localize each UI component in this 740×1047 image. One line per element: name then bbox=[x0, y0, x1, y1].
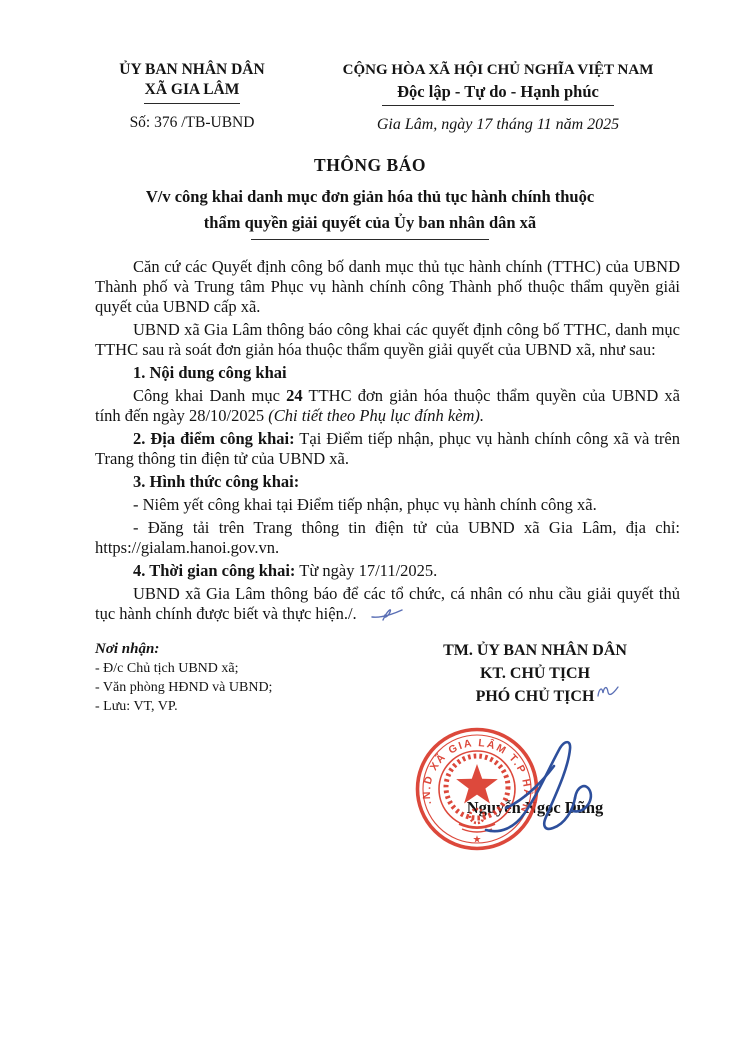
national-header-block: CỘNG HÒA XÃ HỘI CHỦ NGHĨA VIỆT NAM Độc l… bbox=[306, 60, 690, 134]
document-footer: Nơi nhận: - Đ/c Chủ tịch UBND xã; - Văn … bbox=[0, 639, 740, 818]
section-1-text: Công khai Danh mục 24 TTHC đơn giản hóa … bbox=[95, 386, 680, 426]
national-motto: Độc lập - Tự do - Hạnh phúc bbox=[306, 81, 690, 103]
title-block: THÔNG BÁO V/v công khai danh mục đơn giả… bbox=[0, 155, 740, 240]
section-4-text: Từ ngày 17/11/2025. bbox=[295, 561, 437, 580]
appendix-note: (Chi tiết theo Phụ lục đính kèm). bbox=[268, 406, 484, 425]
org-name-underline bbox=[144, 103, 240, 104]
issuing-authority-block: ỦY BAN NHÂN DÂN XÃ GIA LÂM Số: 376 /TB-U… bbox=[78, 60, 306, 134]
section-2: 2. Địa điểm công khai: Tại Điểm tiếp nhậ… bbox=[95, 429, 680, 469]
tthc-count: 24 bbox=[286, 386, 303, 405]
recipient-item: - Lưu: VT, VP. bbox=[95, 697, 335, 716]
document-page: ỦY BAN NHÂN DÂN XÃ GIA LÂM Số: 376 /TB-U… bbox=[0, 0, 740, 1047]
motto-underline bbox=[382, 105, 614, 106]
recipients-block: Nơi nhận: - Đ/c Chủ tịch UBND xã; - Văn … bbox=[95, 639, 335, 818]
subject-line-2: thẩm quyền giải quyết của Ủy ban nhân dâ… bbox=[0, 210, 740, 236]
section-3-item-1: - Niêm yết công khai tại Điểm tiếp nhận,… bbox=[95, 495, 680, 515]
org-name: XÃ GIA LÂM bbox=[78, 80, 306, 100]
document-type-title: THÔNG BÁO bbox=[0, 155, 740, 176]
section-1-text-pre: Công khai Danh mục bbox=[133, 386, 286, 405]
closing-paragraph: UBND xã Gia Lâm thông báo để các tổ chức… bbox=[95, 584, 680, 624]
org-parent-name: ỦY BAN NHÂN DÂN bbox=[78, 60, 306, 80]
recipient-item: - Đ/c Chủ tịch UBND xã; bbox=[95, 659, 335, 678]
signing-authority: TM. ỦY BAN NHÂN DÂN bbox=[385, 639, 685, 662]
section-2-heading: 2. Địa điểm công khai: bbox=[133, 429, 295, 448]
recipient-item: - Văn phòng HĐND và UBND; bbox=[95, 678, 335, 697]
subject-line-1: V/v công khai danh mục đơn giản hóa thủ … bbox=[0, 184, 740, 210]
section-4-heading: 4. Thời gian công khai: bbox=[133, 561, 295, 580]
subject-underline bbox=[251, 239, 489, 240]
national-title: CỘNG HÒA XÃ HỘI CHỦ NGHĨA VIỆT NAM bbox=[306, 60, 690, 81]
initials-mark-icon bbox=[596, 683, 620, 701]
recipients-heading: Nơi nhận: bbox=[95, 639, 335, 659]
place-and-date: Gia Lâm, ngày 17 tháng 11 năm 2025 bbox=[306, 116, 690, 134]
paraphe-mark-icon bbox=[371, 606, 405, 622]
document-header: ỦY BAN NHÂN DÂN XÃ GIA LÂM Số: 376 /TB-U… bbox=[0, 0, 740, 134]
document-body: Căn cứ các Quyết định công bố danh mục t… bbox=[95, 257, 680, 624]
document-number: Số: 376 /TB-UBND bbox=[78, 114, 306, 132]
signer-title: PHÓ CHỦ TỊCH bbox=[476, 685, 595, 708]
signature-scribble-icon bbox=[480, 738, 614, 838]
section-3-heading: 3. Hình thức công khai: bbox=[95, 472, 680, 492]
paragraph-announcement: UBND xã Gia Lâm thông báo công khai các … bbox=[95, 320, 680, 360]
deputy-line: KT. CHỦ TỊCH bbox=[385, 662, 685, 685]
section-1-heading: 1. Nội dung công khai bbox=[95, 363, 680, 383]
section-3-item-2: - Đăng tải trên Trang thông tin điện tử … bbox=[95, 518, 680, 558]
paragraph-legal-basis: Căn cứ các Quyết định công bố danh mục t… bbox=[95, 257, 680, 317]
section-4: 4. Thời gian công khai: Từ ngày 17/11/20… bbox=[95, 561, 680, 581]
